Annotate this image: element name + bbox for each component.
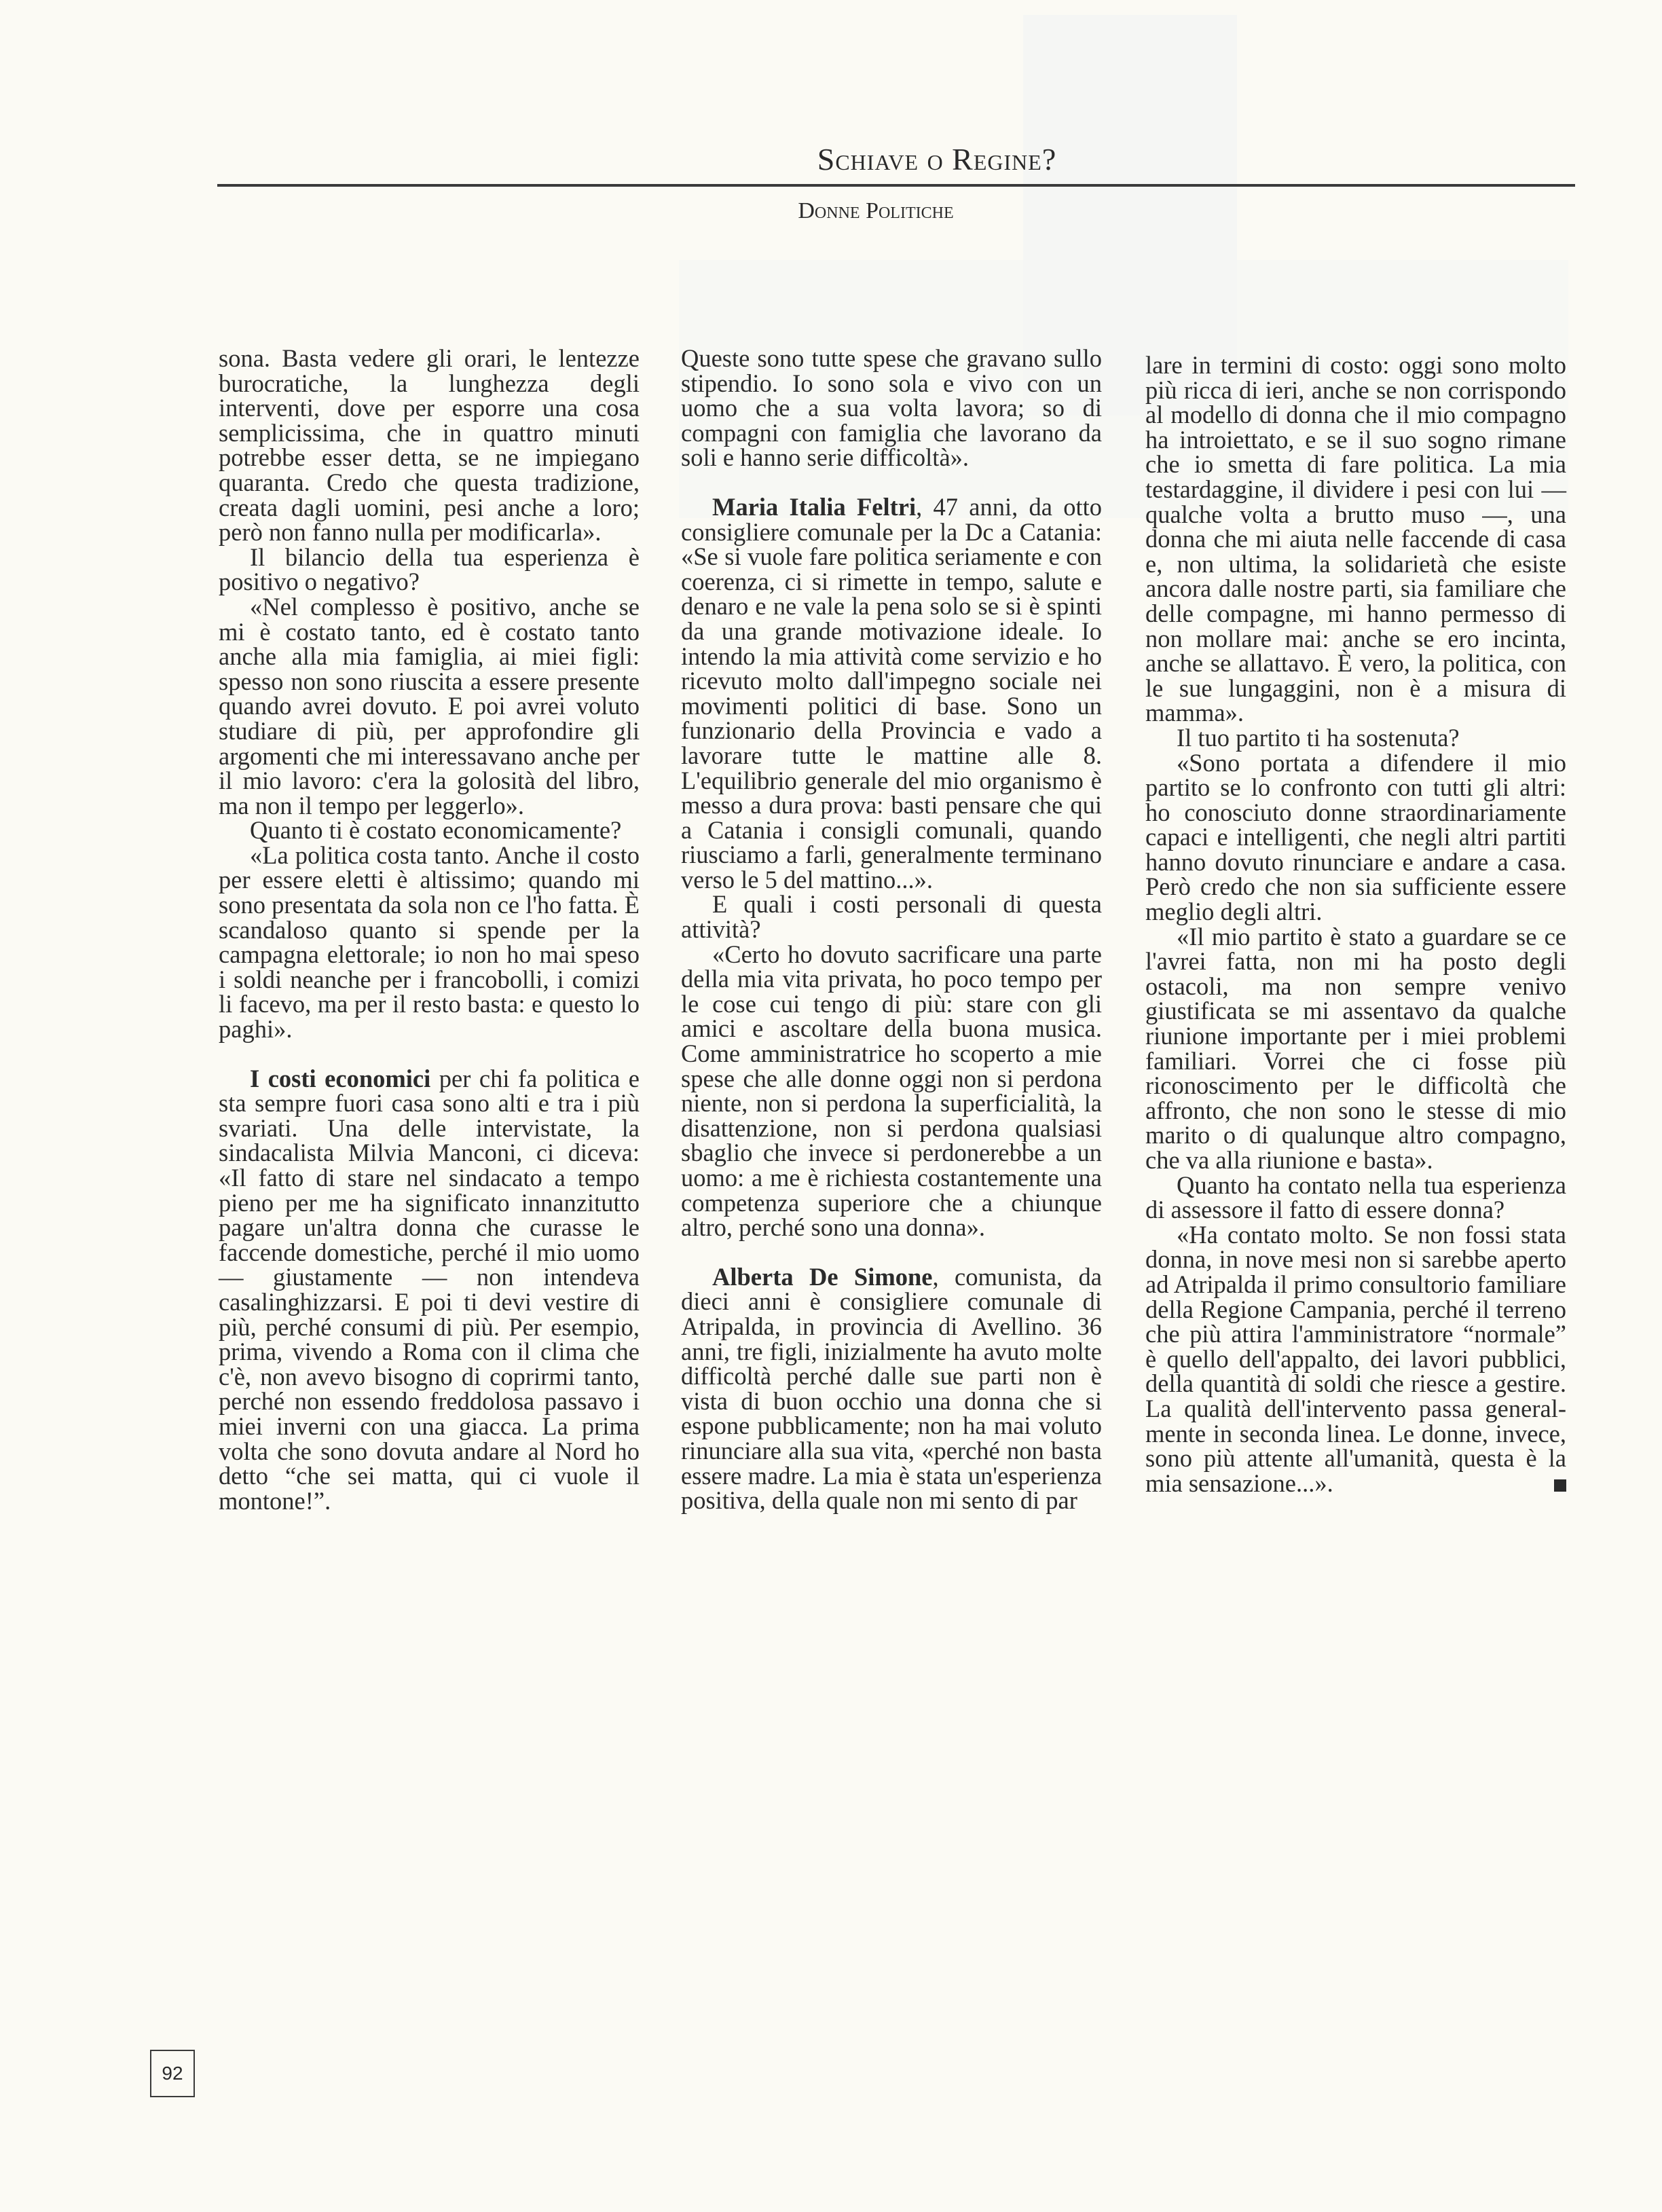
paragraph: Queste sono tutte spese che gra­vano sul…: [681, 346, 1102, 471]
page-number-box: 92: [150, 2050, 195, 2097]
paragraph-body: , comuni­sta, da dieci anni è consiglier…: [681, 1263, 1102, 1514]
paragraph: «Sono portata a difendere il mio partito…: [1145, 751, 1566, 925]
square-end-mark-icon: [1554, 1479, 1566, 1492]
lead-in-bold: I costi economici: [250, 1065, 430, 1092]
interview-question: Quanto ha contato nella tua esperienza d…: [1145, 1173, 1566, 1223]
paragraph-body: «Ha contato molto. Se non fossi stata do…: [1145, 1221, 1566, 1497]
header-rule: [217, 184, 1575, 187]
running-header: Schiave o Regine? Donne Politiche: [217, 139, 1575, 226]
text-column-1: sona. Basta vedere gli orari, le lentezz…: [219, 346, 640, 1513]
paragraph: sona. Basta vedere gli orari, le lentezz…: [219, 346, 640, 545]
page-title: Schiave o Regine?: [299, 139, 1575, 180]
paragraph: lare in termini di costo: oggi so­no mol…: [1145, 353, 1566, 726]
paragraph: «Ha contato molto. Se non fossi stata do…: [1145, 1223, 1566, 1496]
interview-question: Il bilancio della tua esperien­za è posi…: [219, 545, 640, 595]
text-column-3: lare in termini di costo: oggi so­no mol…: [1145, 353, 1566, 1496]
interviewee-name: Alberta De Simone: [712, 1263, 933, 1291]
paragraph: Alberta De Simone, comuni­sta, da dieci …: [681, 1265, 1102, 1513]
paragraph: Maria Italia Feltri, 47 anni, da otto co…: [681, 495, 1102, 893]
paragraph: I costi economici per chi fa politica e …: [219, 1067, 640, 1514]
interview-question: Quanto ti è costato economi­camente?: [219, 818, 640, 843]
paragraph: «La politica costa tanto. An­che il cost…: [219, 843, 640, 1042]
paragraph: «Nel complesso è positivo, anche se mi è…: [219, 595, 640, 818]
paragraph: «Certo ho dovuto sacrificare una parte d…: [681, 942, 1102, 1240]
paragraph-body: per chi fa politica e sta sempre fuori c…: [219, 1065, 640, 1515]
text-column-2: Queste sono tutte spese che gra­vano sul…: [681, 346, 1102, 1513]
interviewee-name: Maria Italia Feltri: [712, 493, 916, 521]
paragraph-body: , 47 anni, da otto consigliere comunale …: [681, 493, 1102, 893]
interview-question: E quali i costi personali di questa atti…: [681, 892, 1102, 942]
section-subtitle: Donne Politiche: [177, 196, 1575, 226]
page-number: 92: [162, 2063, 183, 2084]
interview-question: Il tuo partito ti ha sostenuta?: [1145, 726, 1566, 751]
paragraph: «Il mio partito è stato a guar­dare se c…: [1145, 925, 1566, 1173]
